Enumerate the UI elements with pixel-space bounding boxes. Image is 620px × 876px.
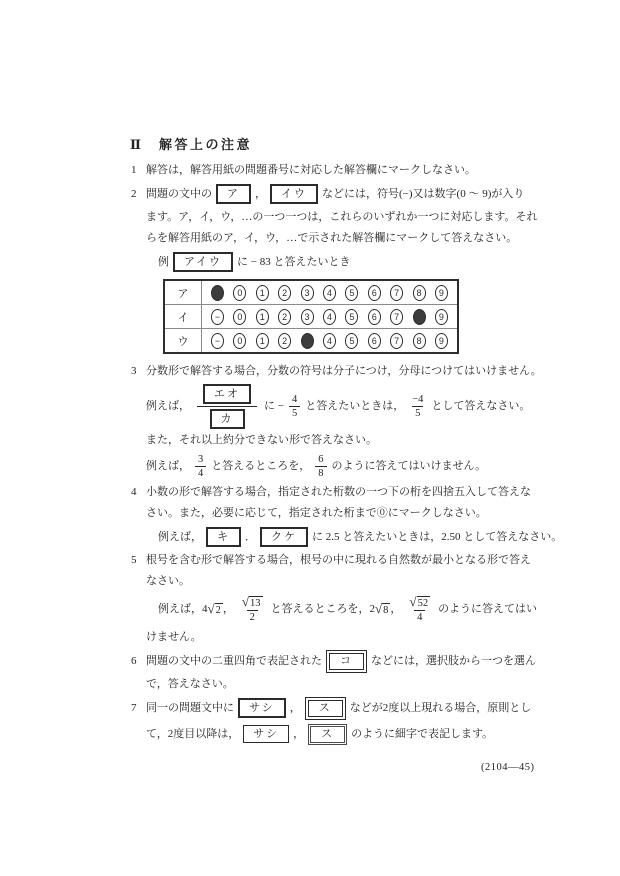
mark-bubble: 1 <box>256 285 269 301</box>
answer-box-kuke: クケ <box>260 527 308 547</box>
numerator: 3 <box>195 453 206 466</box>
example-text: と答えるところを， <box>211 456 310 477</box>
mark-bubble: 4 <box>323 285 336 301</box>
radical: √13 <box>242 595 263 610</box>
document-page: Ⅱ 解答上の注意 1解答は，解答用紙の問題番号に対応した解答欄にマークしなさい。… <box>0 0 620 876</box>
mark-bubble: 2 <box>278 333 291 349</box>
answer-box-ko-double: コ <box>326 650 367 673</box>
answer-box-iu: イウ <box>270 184 318 204</box>
note-item-3-example-2: 例えば， 34 と答えるところを， 68 のように答えてはいけません。 <box>146 451 620 482</box>
item-text: のように細字で表記します。 <box>351 728 493 740</box>
example-text: ， <box>390 599 401 620</box>
radical: √52 <box>409 595 430 610</box>
note-item-4-example: 例えば，キ．クケに 2.5 と答えたいときは，2.50 として答えなさい。 <box>158 524 620 550</box>
mark-bubble: 3 <box>301 285 314 301</box>
mark-sheet-row-label: イ <box>165 305 202 328</box>
mark-bubble: 5 <box>345 309 358 325</box>
mark-bubble: 5 <box>345 333 358 349</box>
item-text: などには，符号(−)又は数字(0 〜 9)が入り <box>322 188 524 200</box>
item-number: 2 <box>131 181 146 207</box>
mark-bubble: − <box>211 309 224 325</box>
radical-sign: √ <box>375 602 382 616</box>
mark-bubble: 1 <box>256 333 269 349</box>
mark-bubble: 9 <box>435 285 448 301</box>
mark-sheet-row-label: ア <box>165 281 202 304</box>
note-item-2-line-2: ます。ア，イ，ウ，…の一つ一つは，これらのいずれか一つに対応します。それ <box>146 207 620 228</box>
numerator: 4 <box>289 393 300 406</box>
mark-bubble-filled: 3 <box>301 333 314 349</box>
mark-bubble: 6 <box>368 333 381 349</box>
mark-bubble: 3 <box>301 309 314 325</box>
mark-bubble: 6 <box>368 309 381 325</box>
answer-box-ki: キ <box>206 527 241 547</box>
note-item-7-line-2: て，2度目以降は，サシ，スのように細字で表記します。 <box>146 721 620 747</box>
radical: √2 <box>208 602 223 617</box>
mark-sheet-row: ア−0123456789 <box>165 281 457 304</box>
radical-sign: √ <box>409 595 416 609</box>
note-item-2-example: 例アイウに − 83 と答えたいとき <box>158 249 620 275</box>
note-item-3-line-3: また，それ以上約分できない形で答えなさい。 <box>146 430 620 451</box>
note-item-6-line-2: で，答えなさい。 <box>146 674 620 695</box>
mark-bubble: 0 <box>233 309 246 325</box>
item-text: ， <box>255 188 266 200</box>
denominator: 5 <box>412 406 423 420</box>
answer-box-su-double-thin: ス <box>308 724 347 745</box>
radicand: 8 <box>382 603 390 617</box>
mark-sheet-bubbles: −0123456789 <box>202 305 457 328</box>
page-number: (2104―45) <box>481 762 535 773</box>
mark-bubble: 2 <box>278 309 291 325</box>
note-item-2-line-3: らを解答用紙のア，イ，ウ，…で示された解答欄にマークして答えなさい。 <box>146 228 620 249</box>
mark-sheet-row: イ−0123456789 <box>165 304 457 328</box>
example-text: ， <box>223 599 234 620</box>
note-item-7-line-1: 7同一の問題文中にサシ，スなどが2度以上現れる場合，原則とし <box>131 695 620 721</box>
item-number: 1 <box>131 160 146 181</box>
answer-box-sashi-bold: サシ <box>238 698 286 718</box>
answer-box-ka: カ <box>210 409 245 429</box>
note-item-5-line-1: 5根号を含む形で解答する場合，根号の中に現れる自然数が最小となる形で答え <box>131 550 620 571</box>
example-text: のように答えてはいけません。 <box>332 456 487 477</box>
note-item-1: 1解答は，解答用紙の問題番号に対応した解答欄にマークしなさい。 <box>131 160 620 181</box>
mark-bubble: 8 <box>413 285 426 301</box>
item-text: 小数の形で解答する場合，指定された桁数の一つ下の桁を四捨五入して答えな <box>146 486 531 498</box>
note-item-3-example: 例えば， エオ カ に − 45 と答えたいときは， −45 として答えなさい。 <box>146 382 620 430</box>
mark-bubble-filled: 8 <box>413 309 426 325</box>
item-text: などが2度以上現れる場合，原則とし <box>350 702 532 714</box>
mark-bubble: 0 <box>233 285 246 301</box>
mark-bubble: 9 <box>435 309 448 325</box>
mark-bubble: 6 <box>368 285 381 301</box>
note-item-4-line-2: さい。また，必要に応じて，指定された桁まで⓪にマークしなさい。 <box>146 503 620 524</box>
numerator: −4 <box>409 393 426 406</box>
item-text: などには，選択肢から一つを選ん <box>371 655 536 667</box>
item-text: ， <box>290 702 301 714</box>
denominator: 4 <box>414 610 425 624</box>
answer-box-aiu: アイウ <box>173 252 233 272</box>
note-item-3-line-1: 3分数形で解答する場合，分数の符号は分子につけ，分母につけてはいけません。 <box>131 361 620 382</box>
note-item-6-line-1: 6問題の文中の二重四角で表記されたコなどには，選択肢から一つを選ん <box>131 648 620 674</box>
mark-bubble: 2 <box>278 285 291 301</box>
item-text: 解答は，解答用紙の問題番号に対応した解答欄にマークしなさい。 <box>146 164 476 176</box>
item-text: ， <box>293 728 304 740</box>
mark-sheet-row-label: ウ <box>165 329 202 352</box>
example-text: 例えば， <box>146 396 190 417</box>
mark-bubble: 9 <box>435 333 448 349</box>
denominator: 5 <box>289 406 300 420</box>
decimal-point: ． <box>245 531 256 543</box>
item-text: 問題の文中の <box>146 188 212 200</box>
example-text: と答えたいときは， <box>305 396 404 417</box>
numerator: √13 <box>239 595 266 610</box>
radicand: 13 <box>249 596 263 610</box>
item-text: 問題の文中の二重四角で表記された <box>146 655 322 667</box>
mark-bubble-filled: − <box>211 285 224 301</box>
fraction: √13 2 <box>239 595 266 624</box>
mark-bubble: 1 <box>256 309 269 325</box>
mark-bubble: 4 <box>323 333 336 349</box>
answer-box-eo: エオ <box>203 384 251 404</box>
example-text: として答えなさい。 <box>431 396 530 417</box>
denominator: 8 <box>315 466 326 480</box>
example-label: 例 <box>158 256 169 268</box>
item-text: て，2度目以降は， <box>146 728 239 740</box>
radicand: 2 <box>215 603 223 617</box>
fraction-bar <box>197 406 257 407</box>
note-item-2-line-1: 2問題の文中のア，イウなどには，符号(−)又は数字(0 〜 9)が入り <box>131 181 620 207</box>
mark-bubble: 8 <box>413 333 426 349</box>
note-item-5-line-4: けません。 <box>146 627 620 648</box>
item-text: 同一の問題文中に <box>146 702 234 714</box>
mark-bubble: 7 <box>390 285 403 301</box>
mark-bubble: 0 <box>233 333 246 349</box>
item-number: 6 <box>131 648 146 674</box>
mark-bubble: 7 <box>390 333 403 349</box>
example-text: 例えば， <box>158 531 202 543</box>
item-text: 分数形で解答する場合，分数の符号は分子につけ，分母につけてはいけません。 <box>146 365 542 377</box>
mark-sheet-row: ウ−0123456789 <box>165 328 457 352</box>
item-number: 5 <box>131 550 146 571</box>
fraction: −45 <box>409 393 426 420</box>
mark-bubble: 7 <box>390 309 403 325</box>
radical-sign: √ <box>208 602 215 616</box>
radical-sign: √ <box>242 595 249 609</box>
item-text: 根号を含む形で解答する場合，根号の中に現れる自然数が最小となる形で答え <box>146 554 531 566</box>
mark-sheet: ア−0123456789イ−0123456789ウ−0123456789 <box>163 279 459 354</box>
mark-bubble: − <box>211 333 224 349</box>
note-item-5-example: 例えば，4 √2 ， √13 2 と答えるところを，2 √8 ， √52 4 の… <box>158 592 620 627</box>
denominator: 4 <box>195 466 206 480</box>
example-text: に − 83 と答えたいとき <box>237 256 350 268</box>
example-text: に 2.5 と答えたいときは，2.50 として答えなさい。 <box>312 531 562 543</box>
example-text: 例えば，4 <box>158 599 208 620</box>
fraction: 68 <box>315 453 326 480</box>
answer-box-a: ア <box>216 184 251 204</box>
note-item-5-line-2: なさい。 <box>146 571 620 592</box>
fraction: √52 4 <box>406 595 433 624</box>
fraction: 34 <box>195 453 206 480</box>
item-number: 7 <box>131 695 146 721</box>
numerator: √52 <box>406 595 433 610</box>
example-text: と答えるところを，2 <box>271 599 376 620</box>
answer-box-su-double-bold: ス <box>305 697 346 720</box>
page-title: Ⅱ 解答上の注意 <box>130 134 620 153</box>
example-text: に − <box>264 396 284 417</box>
mark-bubble: 5 <box>345 285 358 301</box>
mark-bubble: 4 <box>323 309 336 325</box>
example-text: のように答えてはい <box>438 599 537 620</box>
mark-sheet-bubbles: −0123456789 <box>202 329 457 352</box>
note-item-4-line-1: 4小数の形で解答する場合，指定された桁数の一つ下の桁を四捨五入して答えな <box>131 482 620 503</box>
radical: √8 <box>375 602 390 617</box>
item-number: 4 <box>131 482 146 503</box>
item-number: 3 <box>131 361 146 382</box>
example-text: 例えば， <box>146 456 190 477</box>
boxed-fraction: エオ カ <box>197 384 257 429</box>
denominator: 2 <box>247 610 258 624</box>
fraction: 45 <box>289 393 300 420</box>
answer-box-sashi-thin: サシ <box>243 725 289 743</box>
radicand: 52 <box>417 596 431 610</box>
numerator: 6 <box>315 453 326 466</box>
mark-sheet-bubbles: −0123456789 <box>202 281 457 304</box>
